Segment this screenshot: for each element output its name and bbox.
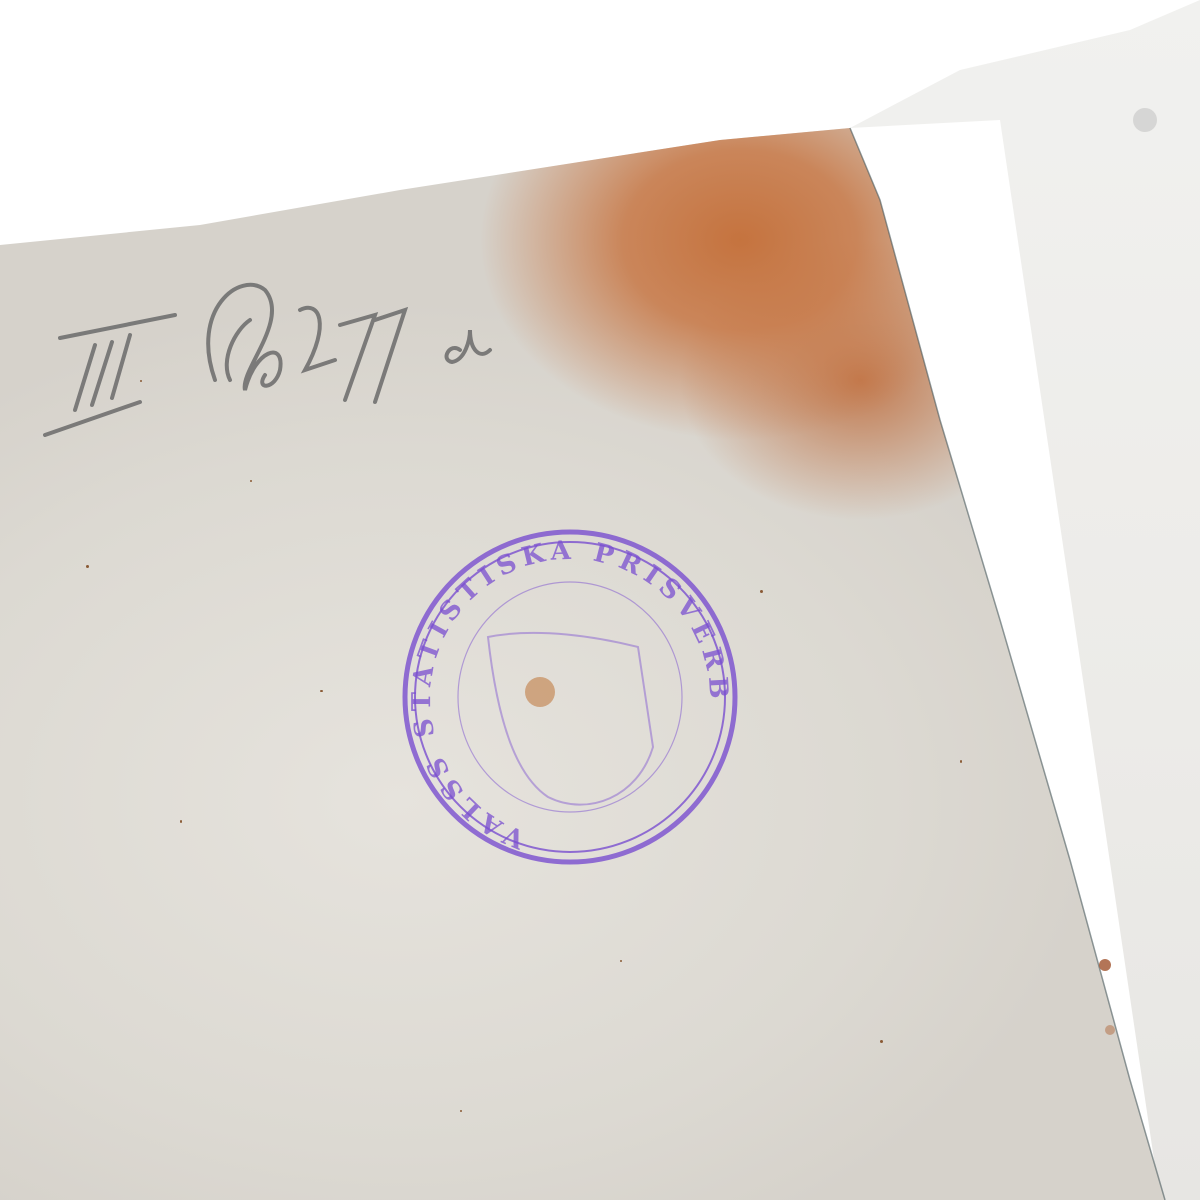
pencil-shelf-mark: III B. 277 a.	[40, 270, 560, 450]
document-photo: III B. 277 a. VALSS STATISTISKA PRISVERB	[0, 0, 1200, 1200]
svg-text:VALSS STATISTISKA PRISVERB: VALSS STATISTISKA PRISVERB	[407, 536, 734, 855]
ink-stamp: VALSS STATISTISKA PRISVERB VALSS STATIST…	[398, 527, 743, 867]
